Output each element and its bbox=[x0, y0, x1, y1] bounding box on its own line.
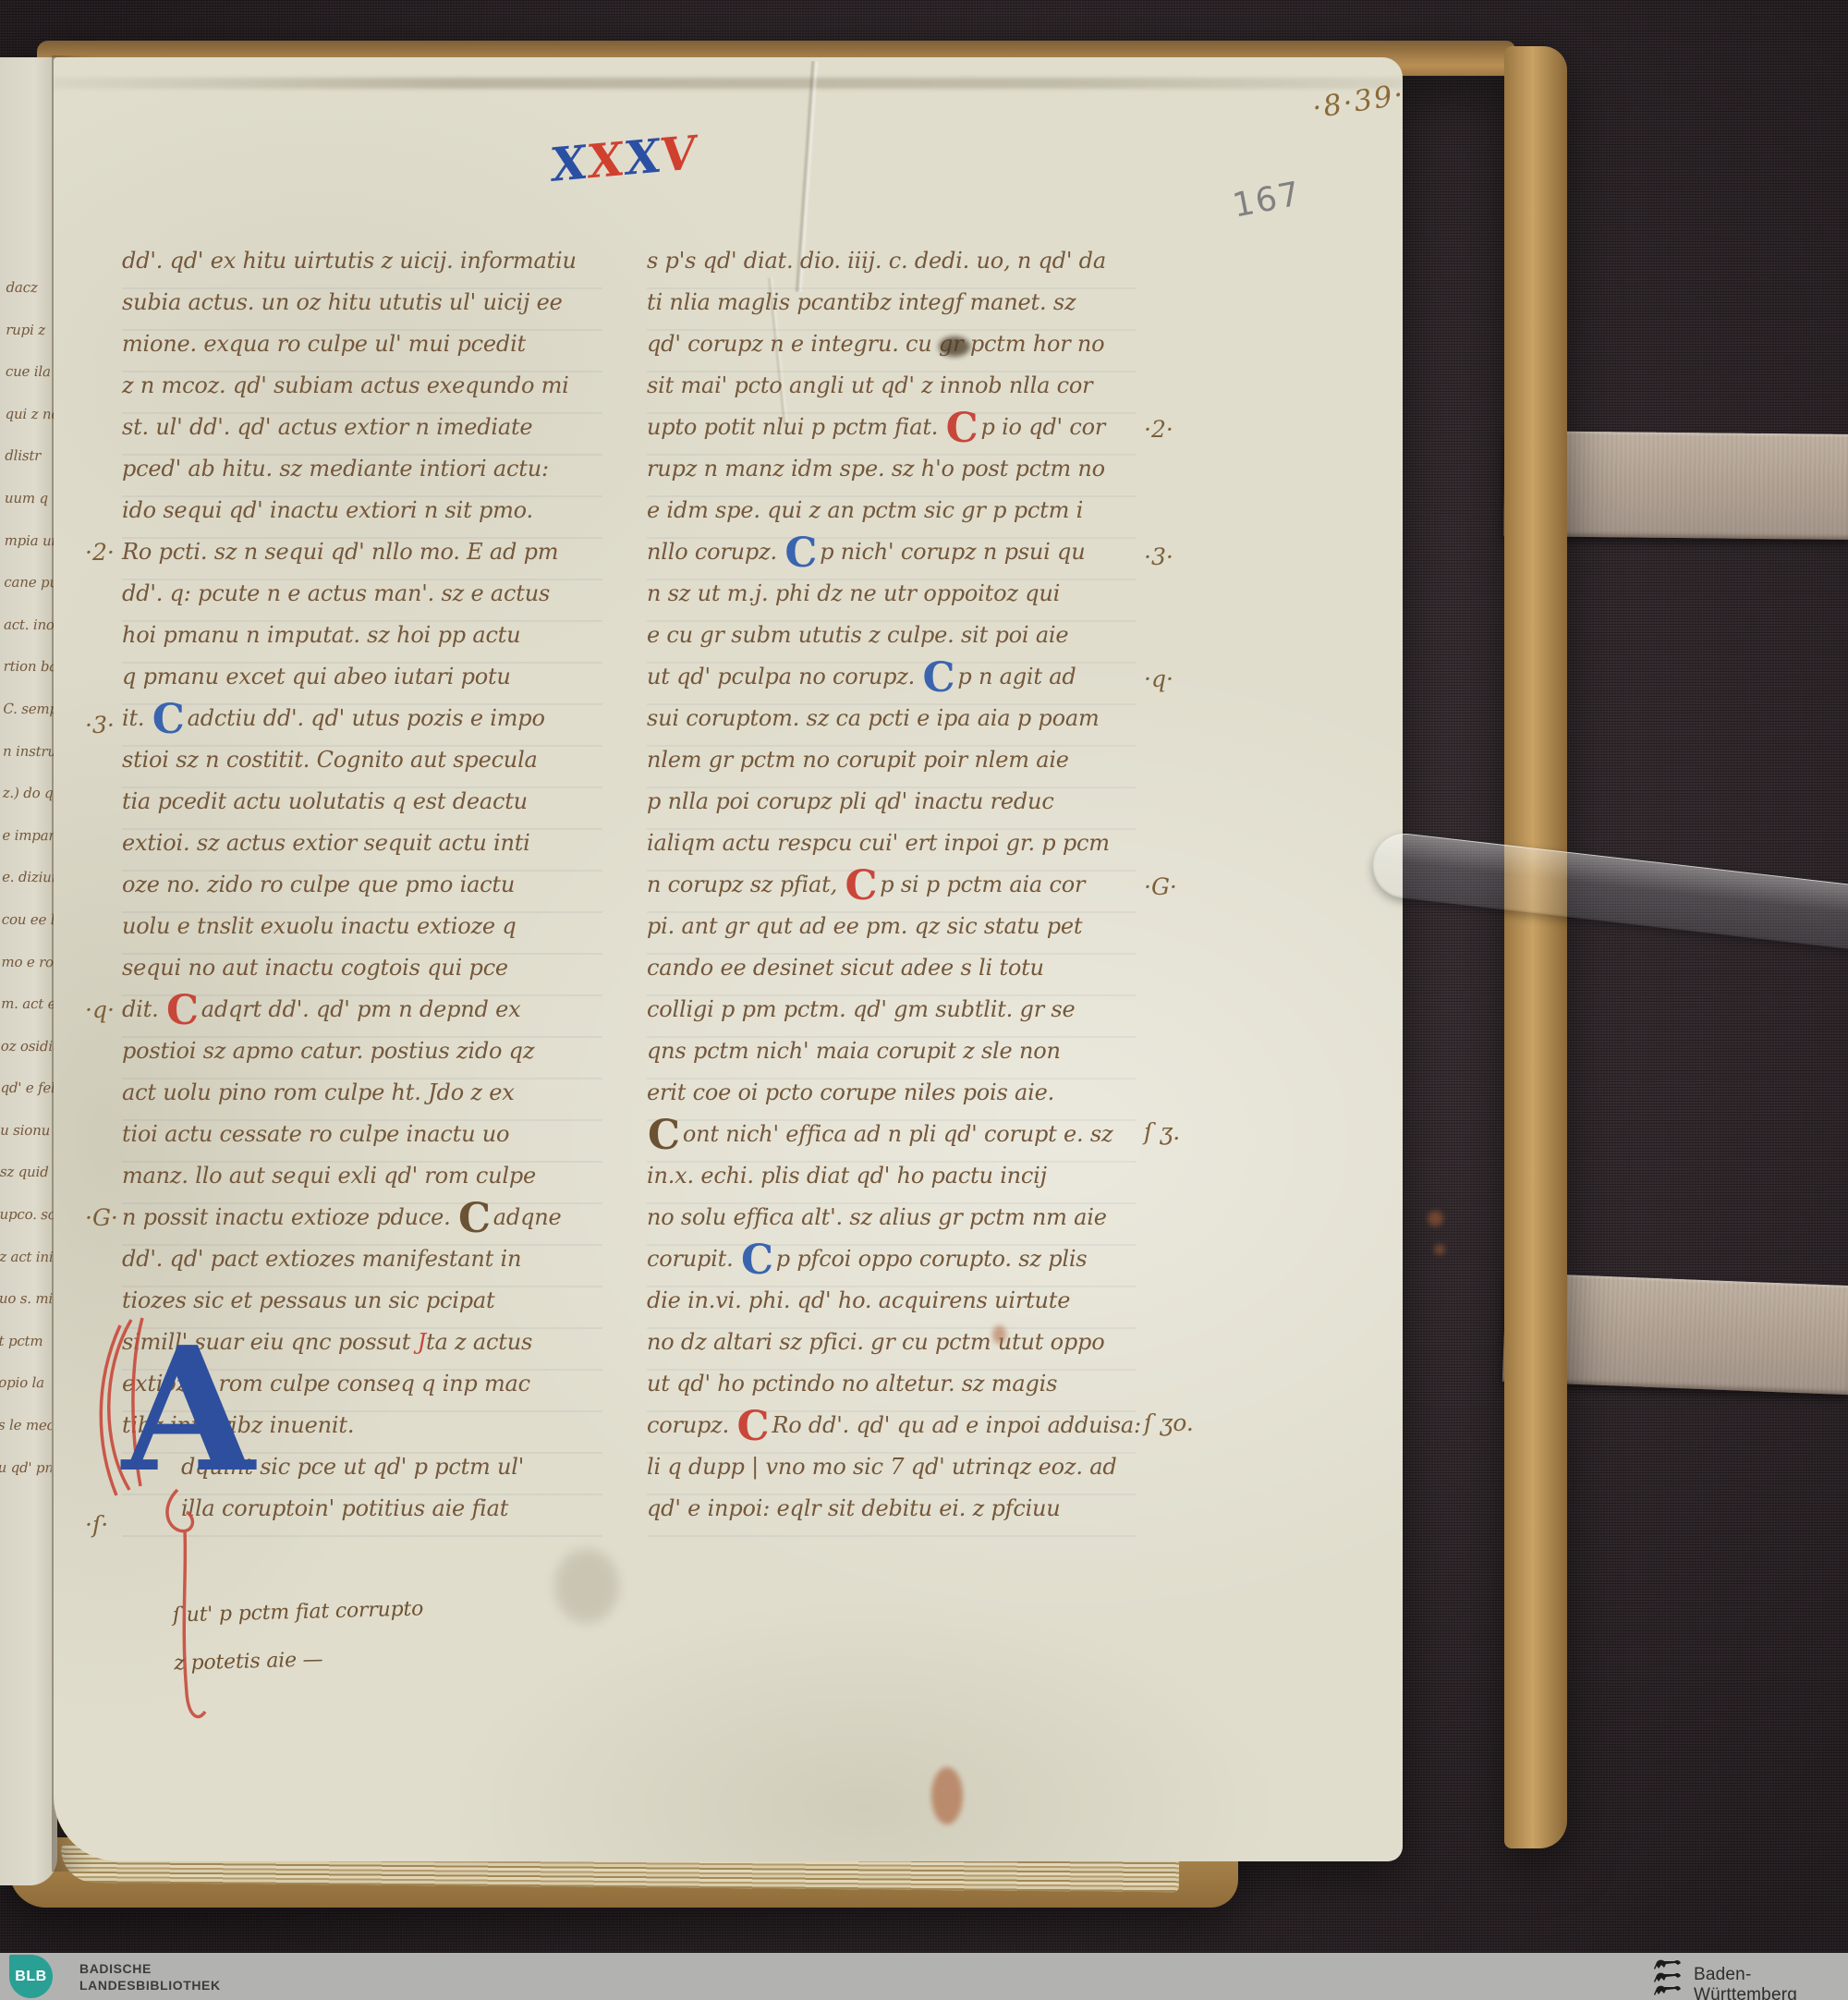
manuscript-line: extioi. sz actus extior sequit actu inti bbox=[122, 830, 602, 872]
manuscript-line: Cont nich' effica ad n pli qd' corupt e.… bbox=[647, 1121, 1137, 1163]
text-column-right: s p's qd' diat. dio. iiij. c. dedi. uo, … bbox=[647, 248, 1137, 1537]
region-label: Baden-Württemberg bbox=[1694, 1965, 1848, 2000]
manuscript-line: cane pua bbox=[4, 574, 57, 616]
manuscript-line: pi. ant gr qut ad ee pm. qz sic statu pe… bbox=[647, 913, 1137, 955]
manuscript-line: tia pcedit actu uolutatis q est deactu bbox=[122, 788, 602, 830]
book-cover-right-board bbox=[1504, 46, 1567, 1848]
manuscript-line: n possit inactu extioze pduce. Cadqne bbox=[122, 1204, 602, 1246]
lion-icon bbox=[1652, 1971, 1682, 1983]
library-name-line1: BADISCHE bbox=[79, 1960, 221, 1977]
manuscript-line: die in.vi. phi. qd' ho. acquirens uirtut… bbox=[647, 1287, 1137, 1329]
manuscript-line: e cu gr subm ututis z culpe. sit poi aie bbox=[647, 622, 1137, 664]
manuscript-line: colligi p pm pctm. qd' gm subtlit. gr se bbox=[647, 996, 1137, 1038]
manuscript-line: qd' e inpoi: eqlr sit debitu ei. z pfciu… bbox=[647, 1495, 1137, 1537]
manuscript-line: n instruit bbox=[3, 742, 56, 785]
manuscript-line: ti nlia maglis pcantibz integf manet. sz bbox=[647, 289, 1137, 331]
manuscript-line: u sionu bbox=[0, 1122, 54, 1165]
manuscript-line: uum q 7 bbox=[5, 490, 58, 532]
margin-numeral: ·q· bbox=[85, 996, 115, 1023]
manuscript-line: hoi pmanu n imputat. sz hoi pp actu bbox=[122, 622, 602, 664]
margin-numeral: ·G· bbox=[85, 1204, 118, 1231]
manuscript-line: nlem gr pctm no corupit poir nlem aie bbox=[647, 747, 1137, 788]
page-stack-fore-edge bbox=[1401, 54, 1508, 1858]
manuscript-line: upco. so bbox=[0, 1206, 54, 1249]
manuscript-line: opio la bbox=[0, 1374, 52, 1417]
manuscript-line: ut qd' ho pctindo no altetur. sz magis bbox=[647, 1371, 1137, 1412]
manuscript-line: mpia ui bbox=[4, 531, 57, 574]
chapter-numeral-letter: X bbox=[623, 128, 663, 186]
manuscript-line: q pmanu excet qui abeo iutari potu bbox=[122, 664, 602, 705]
manuscript-line: rupz n manz idm spe. sz h'o post pctm no bbox=[647, 456, 1137, 497]
manuscript-line: corupz. CRo dd'. qd' qu ad e inpoi addui… bbox=[647, 1412, 1137, 1454]
manuscript-line: sit mai' pcto angli ut qd' z innob nlla … bbox=[647, 372, 1137, 414]
manuscript-line: stioi sz n costitit. Cognito aut specula bbox=[122, 747, 602, 788]
facing-page-text: daczrupi zcue ilaqui z nodlistruum q 7mp… bbox=[0, 279, 60, 1502]
blb-logo-text: BLB bbox=[15, 1969, 46, 1985]
manuscript-line: mione. exqua ro culpe ul' mui pcedit bbox=[122, 331, 602, 372]
manuscript-line: C. semp a bbox=[3, 701, 56, 743]
manuscript-line: qd' e fel bbox=[0, 1079, 54, 1122]
page-top-grime bbox=[54, 78, 1403, 89]
manuscript-line: cando ee desinet sicut adee s li totu bbox=[647, 955, 1137, 996]
manuscript-line: uo s. mie bbox=[0, 1290, 53, 1333]
manuscript-line: qd' corupz n e integru. cu gr pctm hor n… bbox=[647, 331, 1137, 372]
fore-edge-stain bbox=[1428, 1211, 1443, 1226]
manuscript-line: corupit. Cp pfcoi oppo corupto. sz plis bbox=[647, 1246, 1137, 1287]
chapter-numeral-letter: X bbox=[550, 134, 590, 192]
smudge-stain bbox=[554, 1549, 619, 1623]
manuscript-line: oz osidit bbox=[1, 1037, 55, 1079]
footer-branding-bar bbox=[0, 1953, 1848, 2000]
manuscript-line: mo e rom bbox=[1, 953, 55, 995]
chapter-numeral-letter: V bbox=[660, 125, 699, 183]
manuscript-line: sz quid bbox=[0, 1164, 54, 1206]
manuscript-line: u qd' pm bbox=[0, 1458, 52, 1501]
ink-stain bbox=[939, 336, 970, 357]
chapter-numeral-letter: X bbox=[586, 131, 626, 189]
library-name-line2: LANDESBIBLIOTHEK bbox=[79, 1977, 221, 1994]
margin-numeral: ſ ʒ. bbox=[1144, 1118, 1180, 1145]
manuscript-line: p nlla poi corupz pli qd' inactu reduc bbox=[647, 788, 1137, 830]
initial-a-glyph: A bbox=[120, 1309, 257, 1510]
manuscript-line: dd'. qd' ex hitu uirtutis z uicij. infor… bbox=[122, 248, 602, 289]
manuscript-line: dd'. q: pcute n e actus man'. sz e actus bbox=[122, 580, 602, 622]
manuscript-line: no dz altari sz pfici. gr cu pctm utut o… bbox=[647, 1329, 1137, 1371]
margin-numeral: ·G· bbox=[1144, 873, 1177, 900]
facing-page-sliver: daczrupi zcue ilaqui z nodlistruum q 7mp… bbox=[0, 57, 57, 1885]
manuscript-line: ido sequi qd' inactu extiori n sit pmo. bbox=[122, 497, 602, 539]
manuscript-line: z.) do qua bbox=[2, 785, 55, 827]
rust-stain bbox=[992, 1325, 1006, 1344]
manuscript-line: ut qd' pculpa no corupz. Cp n agit ad bbox=[647, 664, 1137, 705]
manuscript-line: uolu e tnslit exuolu inactu extioze q bbox=[122, 913, 602, 955]
manuscript-line: z act ini bbox=[0, 1248, 53, 1290]
manuscript-line: s le meo bbox=[0, 1417, 52, 1459]
manuscript-line: pced' ab hitu. sz mediante intiori actu: bbox=[122, 456, 602, 497]
margin-numeral: ·3· bbox=[85, 712, 115, 738]
manuscript-line: n corupz sz pfiat, Cp si p pctm aia cor bbox=[647, 872, 1137, 913]
manuscript-line: dit. Cadqrt dd'. qd' pm n depnd ex bbox=[122, 996, 602, 1038]
manuscript-line: qns pctm nich' maia corupit z sle non bbox=[647, 1038, 1137, 1079]
margin-numeral: ·3· bbox=[1144, 543, 1173, 570]
manuscript-line: Ro pcti. sz n sequi qd' nllo mo. E ad pm bbox=[122, 539, 602, 580]
marginal-footnote: ſ ut' p pctm fiat corruptoz potetis aie … bbox=[173, 1597, 426, 1700]
manuscript-line: t pctm bbox=[0, 1333, 53, 1375]
manuscript-line: oze no. zido ro culpe que pmo iactu bbox=[122, 872, 602, 913]
manuscript-line: ſ ut' p pctm fiat corrupto bbox=[173, 1597, 425, 1652]
manuscript-line: no solu effica alt'. sz alius gr pctm nm… bbox=[647, 1204, 1137, 1246]
manuscript-line: subia actus. un oz hitu ututis ul' uicij… bbox=[122, 289, 602, 331]
manuscript-line: n sz ut m.j. phi dz ne utr oppoitoz qui bbox=[647, 580, 1137, 622]
lion-icon bbox=[1652, 1958, 1682, 1970]
baden-wuerttemberg-coat-of-arms bbox=[1652, 1957, 1684, 1997]
manuscript-line: e impan bbox=[2, 827, 55, 870]
margin-numeral: ·2· bbox=[1144, 416, 1173, 443]
fore-edge-stain bbox=[1434, 1244, 1445, 1255]
margin-numeral: ſ ʒo. bbox=[1144, 1409, 1194, 1436]
manuscript-line: qui z no bbox=[5, 406, 58, 448]
manuscript-line: z potetis aie — bbox=[174, 1645, 426, 1700]
manuscript-line: st. ul' dd'. qd' actus extior n imediate bbox=[122, 414, 602, 456]
lion-icon bbox=[1652, 1984, 1682, 1996]
margin-numeral: ·2· bbox=[85, 539, 115, 566]
manuscript-line: s p's qd' diat. dio. iiij. c. dedi. uo, … bbox=[647, 248, 1137, 289]
manuscript-line: e idm spe. qui z an pctm sic gr p pctm i bbox=[647, 497, 1137, 539]
manuscript-line: act uolu pino rom culpe ht. Jdo z ex bbox=[122, 1079, 602, 1121]
manuscript-line: act. inolm bbox=[4, 616, 57, 659]
manuscript-line: rtion ba bbox=[3, 658, 56, 701]
manuscript-line: cou ee l bbox=[2, 911, 55, 954]
manuscript-line: li q dupp | vno mo sic 7 qd' utrinqz eoz… bbox=[647, 1454, 1137, 1495]
manuscript-line: erit coe oi pcto corupe niles pois aie. bbox=[647, 1079, 1137, 1121]
manuscript-line: sui coruptom. sz ca pcti e ipa aia p poa… bbox=[647, 705, 1137, 747]
manuscript-line: manz. llo aut sequi exli qd' rom culpe bbox=[122, 1163, 602, 1204]
right-margin-numerals: ·2··3··q··G·ſ ʒ.ſ ʒo. bbox=[1144, 0, 1199, 2000]
manuscript-line: dlistr bbox=[5, 447, 58, 490]
manuscript-line: z n mcoz. qd' subiam actus exequndo mi bbox=[122, 372, 602, 414]
manuscript-line: postioi sz apmo catur. postius zido qz bbox=[122, 1038, 602, 1079]
margin-numeral: ·q· bbox=[1144, 665, 1173, 692]
manuscript-line: it. Cadctiu dd'. qd' utus pozis e impo bbox=[122, 705, 602, 747]
manuscript-line: tioi actu cessate ro culpe inactu uo bbox=[122, 1121, 602, 1163]
manuscript-line: e. dizium bbox=[2, 869, 55, 911]
manuscript-line: upto potit nlui p pctm fiat. Cp io qd' c… bbox=[647, 414, 1137, 456]
rust-stain bbox=[931, 1767, 963, 1824]
manuscript-photo-scene: daczrupi zcue ilaqui z nodlistruum q 7mp… bbox=[0, 0, 1848, 2000]
manuscript-line: in.x. echi. plis diat qd' ho pactu incij bbox=[647, 1163, 1137, 1204]
manuscript-line: nllo corupz. Cp nich' corupz n psui qu bbox=[647, 539, 1137, 580]
blb-library-logo: BLB bbox=[9, 1955, 53, 1998]
manuscript-line: m. act eras bbox=[1, 995, 55, 1038]
manuscript-line: ialiqm actu respcu cui' ert inpoi gr. p … bbox=[647, 830, 1137, 872]
open-book: daczrupi zcue ilaqui z nodlistruum q 7mp… bbox=[0, 0, 1848, 2000]
manuscript-line: dd'. qd' pact extiozes manifestant in bbox=[122, 1246, 602, 1287]
library-name: BADISCHE LANDESBIBLIOTHEK bbox=[79, 1960, 221, 1994]
